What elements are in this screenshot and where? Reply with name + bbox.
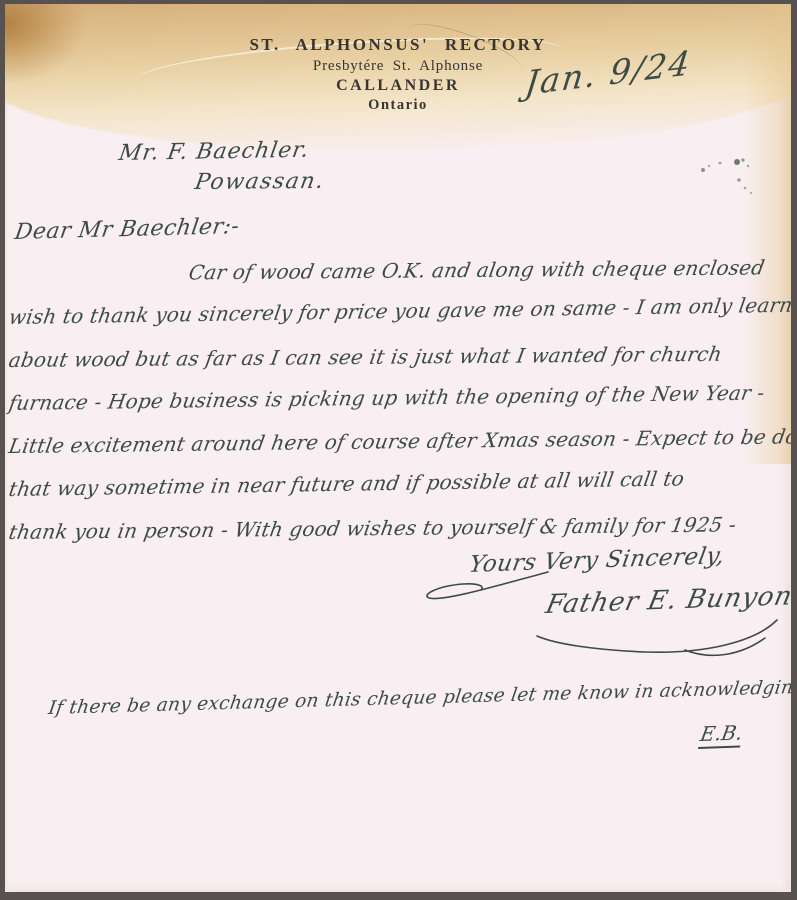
ink-smudge [693, 146, 763, 206]
letterhead-province: Ontario [5, 97, 791, 114]
signature: Father E. Bunyon [543, 581, 791, 620]
recipient-place: Powassan. [193, 169, 327, 195]
postscript: If there be any exchange on this cheque … [47, 677, 791, 719]
salutation: Dear Mr Baechler:- [13, 214, 241, 245]
scanned-letter: ST. ALPHONSUS' RECTORY Presbytére St. Al… [0, 0, 797, 900]
letter-paper: ST. ALPHONSUS' RECTORY Presbytére St. Al… [5, 4, 791, 892]
recipient-name: Mr. F. Baechler. [117, 138, 311, 166]
postscript-initials: E.B. [698, 720, 745, 749]
signature-flourish [525, 616, 785, 661]
letter-body: Car of wood came O.K. and along with che… [9, 253, 791, 554]
